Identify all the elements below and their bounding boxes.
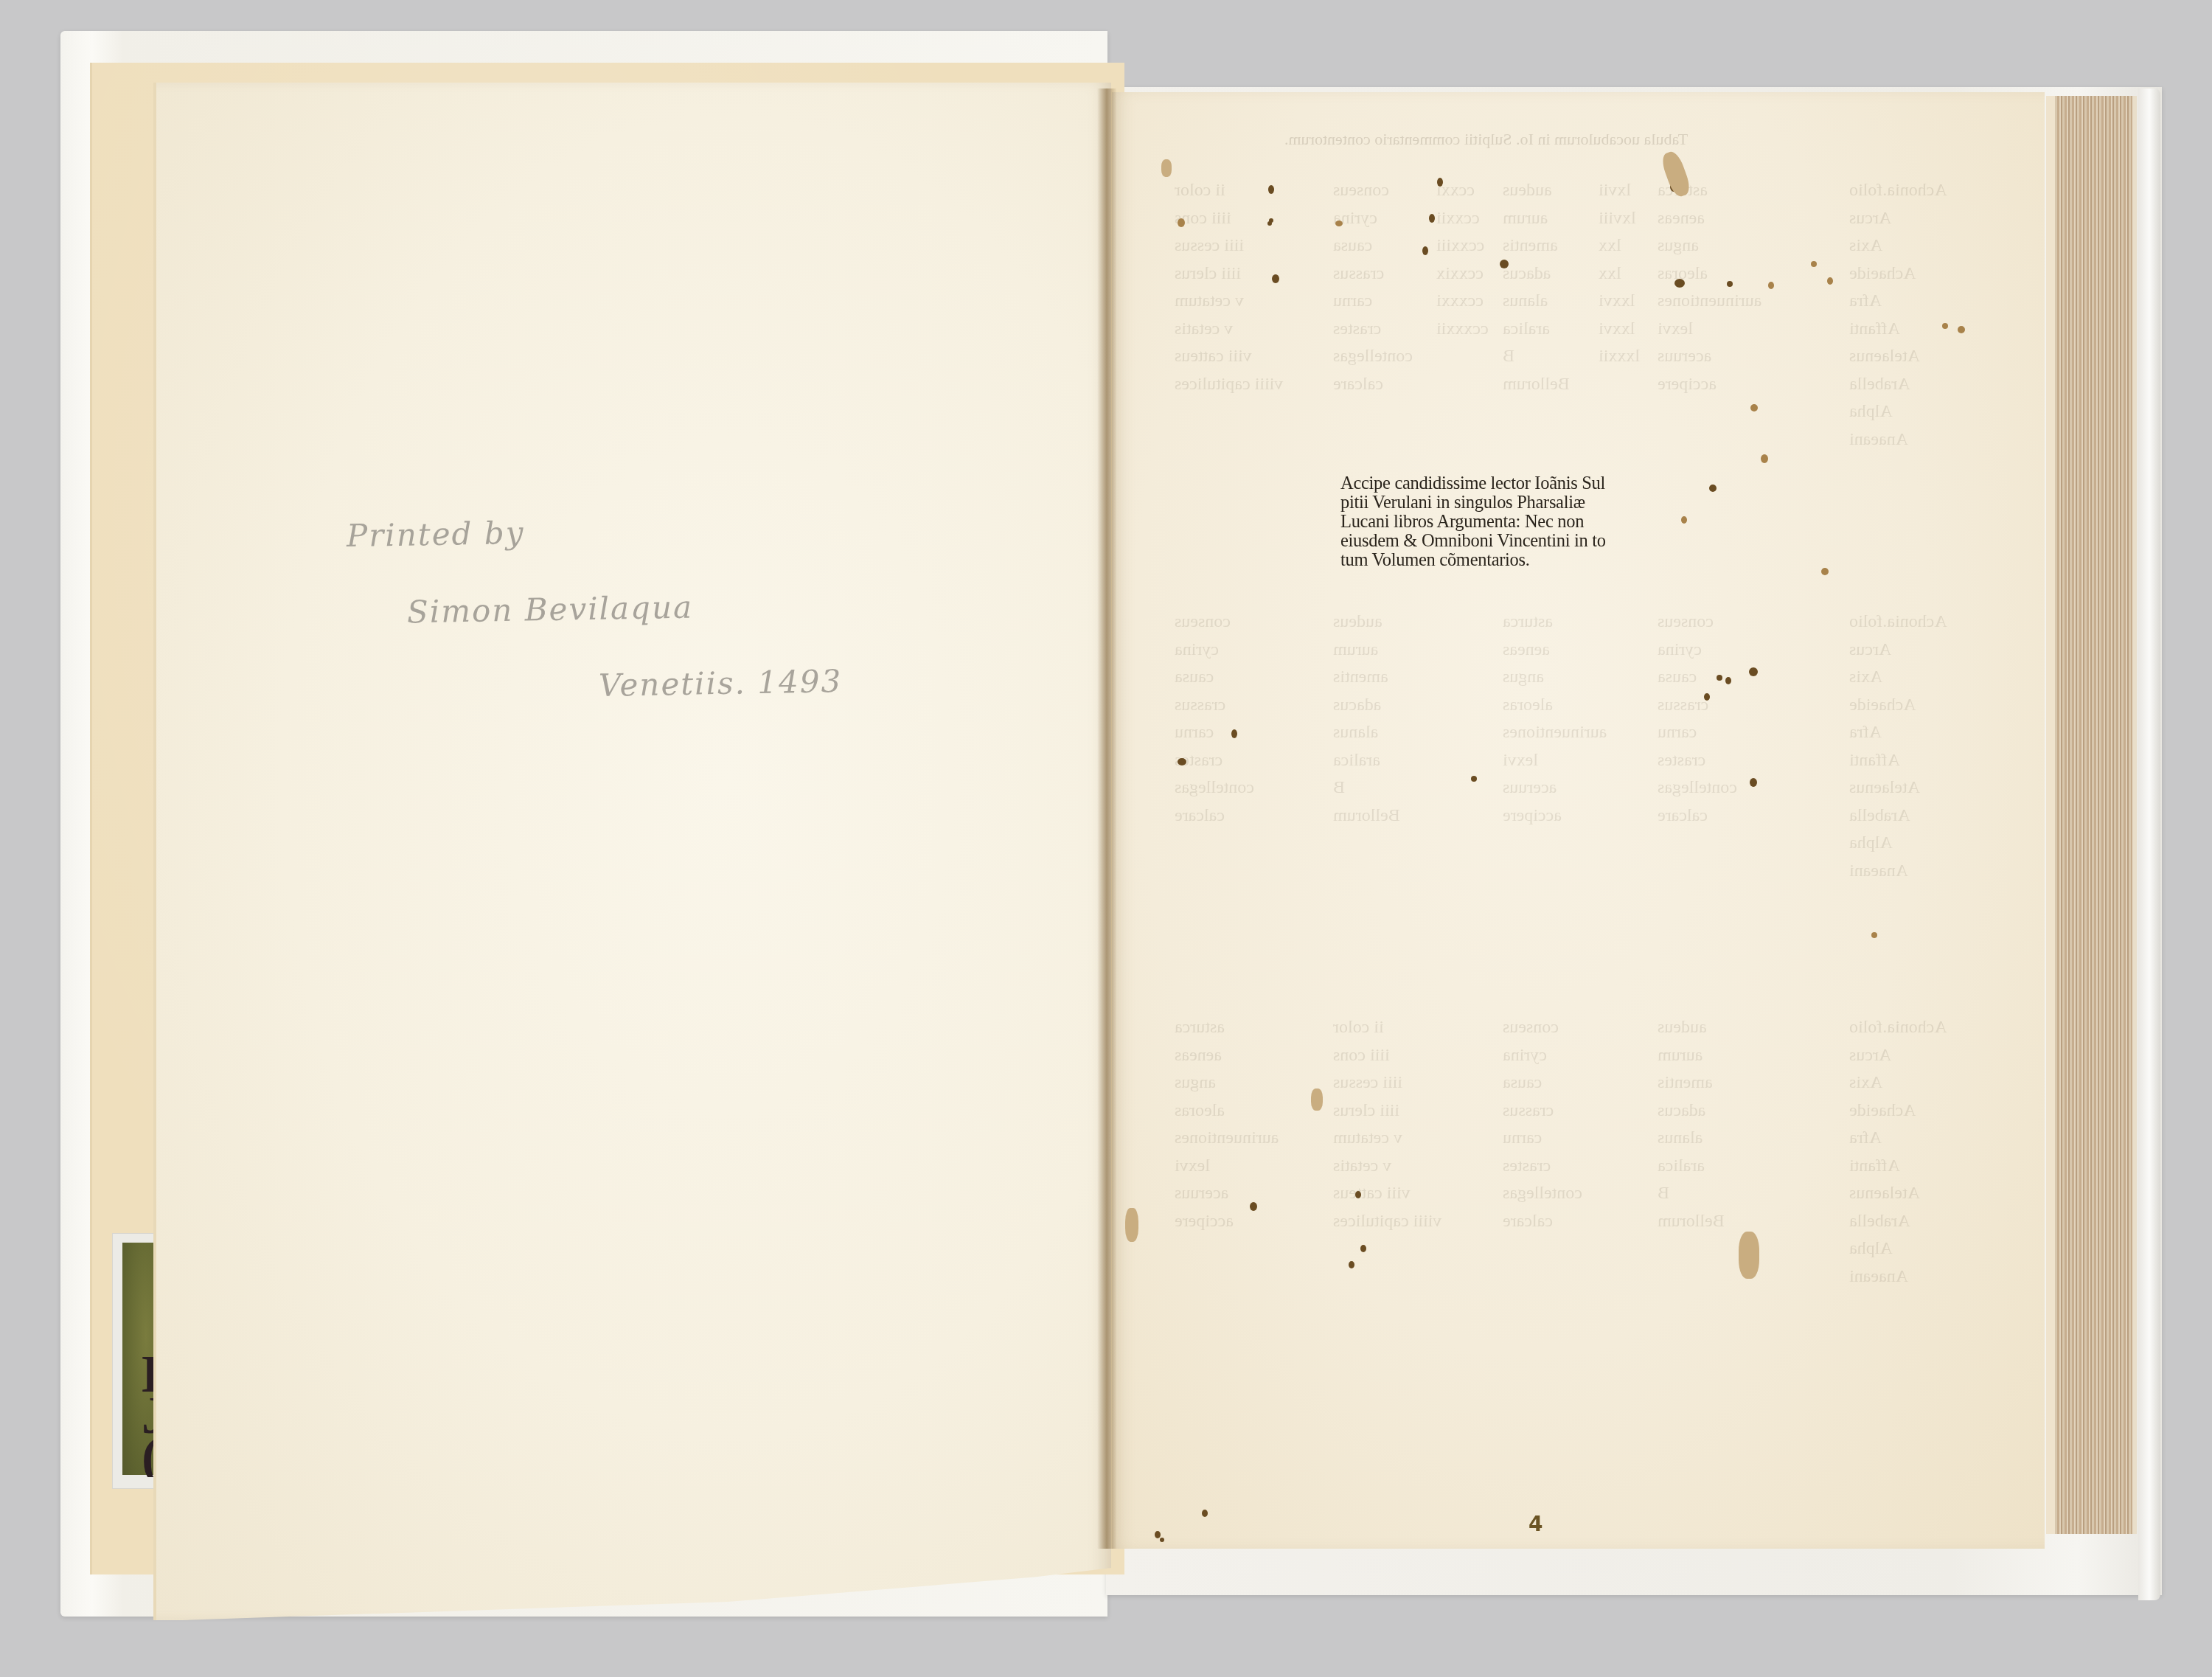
spot [1231, 729, 1237, 738]
spot [1268, 185, 1274, 194]
page-number: 4 [1528, 1512, 1543, 1536]
spot [1749, 667, 1758, 676]
spot [1178, 758, 1186, 765]
handwritten-note-line-3: Venetiis. 1493 [599, 663, 843, 704]
spot [1871, 932, 1877, 938]
spot [1202, 1510, 1208, 1517]
spot [1709, 485, 1717, 492]
showthrough-column: asturca aeneas angus aleoras aurinuentio… [1503, 608, 1607, 830]
showthrough-column: conseus cyrina causa crassus carnu crast… [1175, 608, 1254, 830]
spot [1500, 260, 1509, 268]
spot [1942, 323, 1948, 329]
spot [1437, 178, 1443, 187]
spot [1827, 277, 1833, 285]
handwritten-note-line-1: Printed by [347, 515, 525, 554]
stain [1739, 1232, 1759, 1279]
spot [1272, 274, 1279, 283]
spot [1267, 221, 1272, 226]
spot [1727, 281, 1733, 287]
spot [1429, 214, 1435, 223]
title-line: Lucani libros Argumenta: Nec non [1340, 513, 1680, 532]
showthrough-column: lxvii lxviii lxx lxx lxxvi lxxvi lxxxii [1599, 177, 1640, 371]
showthrough-column: ii color iiii cons iiii cessus iiii cler… [1175, 177, 1283, 398]
right-page-title-leaf: ii color iiii cons iiii cessus iiii cler… [1112, 92, 2045, 1549]
spot [1335, 221, 1343, 226]
title-line: pitii Verulani in singulos Pharsaliæ [1340, 493, 1680, 513]
showthrough-column: audeus aurum amentis adacus alanus arali… [1658, 1014, 1725, 1235]
stain [1161, 159, 1172, 177]
showthrough-column: asturca aeneas angus aleoras aurinuentio… [1175, 1014, 1279, 1235]
spot [1725, 677, 1731, 684]
spot [1471, 776, 1477, 782]
showthrough-column: Achonia.folio Arcus Axis Achaeide Afra A… [1849, 177, 1947, 454]
showthrough-column: audeus aurum amentis adacus alanus arali… [1333, 608, 1400, 830]
fore-edge-page-stack [2046, 96, 2137, 1534]
spot [1674, 279, 1685, 288]
stain [1125, 1208, 1138, 1242]
spot [1422, 246, 1428, 255]
showthrough-column: conseus cyrina causa crassus carnu crast… [1658, 608, 1737, 830]
spot [1160, 1538, 1164, 1542]
spot [1250, 1202, 1257, 1211]
printed-title: Accipe candidissime lector Ioãnis Sul pi… [1340, 474, 1680, 570]
title-line: tum Volumen cõmentarios. [1340, 551, 1680, 570]
showthrough-column: ccxxi ccxxii ccxxiii ccxxix ccxxxi ccxxx… [1436, 177, 1489, 343]
spot [1349, 1261, 1354, 1268]
title-line: eiusdem & Omniboni Vincentini in to [1340, 532, 1680, 551]
showthrough-column: Achonia.folio Arcus Axis Achaeide Afra A… [1849, 1014, 1947, 1291]
showthrough-column: asturca aeneas angus aleoras aurinuentio… [1658, 177, 1761, 398]
spot [1681, 516, 1687, 524]
spot [1717, 675, 1722, 681]
spot [1750, 778, 1757, 787]
showthrough-column: audeus aurum amentis adacus alanus arali… [1503, 177, 1570, 398]
spot [1178, 218, 1185, 227]
spot [1761, 454, 1768, 463]
showthrough-column: ii color iiii cons iiii cessus iiii cler… [1333, 1014, 1441, 1235]
spot [1355, 1191, 1361, 1198]
title-line: Accipe candidissime lector Ioãnis Sul [1340, 474, 1680, 493]
spot [1821, 568, 1829, 575]
spot [1811, 261, 1817, 267]
spot [1768, 282, 1774, 289]
gutter [1097, 88, 1116, 1549]
showthrough-column: conseus cyrina causa crassus carnu crast… [1333, 177, 1413, 398]
showthrough-running-head: Tabula uocabulorum in Io. Sulpitii comme… [1284, 130, 1688, 149]
showthrough-column: conseus cyrina causa crassus carnu crast… [1503, 1014, 1582, 1235]
spot [1750, 404, 1758, 412]
spot [1360, 1245, 1366, 1252]
left-page-flyleaf: Printed by Simon Bevilaqua Venetiis. 149… [153, 83, 1111, 1620]
stain [1311, 1089, 1323, 1111]
spot [1958, 326, 1965, 333]
spot [1704, 693, 1710, 701]
vellum-case-edge [2138, 88, 2160, 1600]
spot [1155, 1531, 1161, 1538]
handwritten-note-line-2: Simon Bevilaqua [407, 589, 694, 631]
showthrough-column: Achonia.folio Arcus Axis Achaeide Afra A… [1849, 608, 1947, 885]
